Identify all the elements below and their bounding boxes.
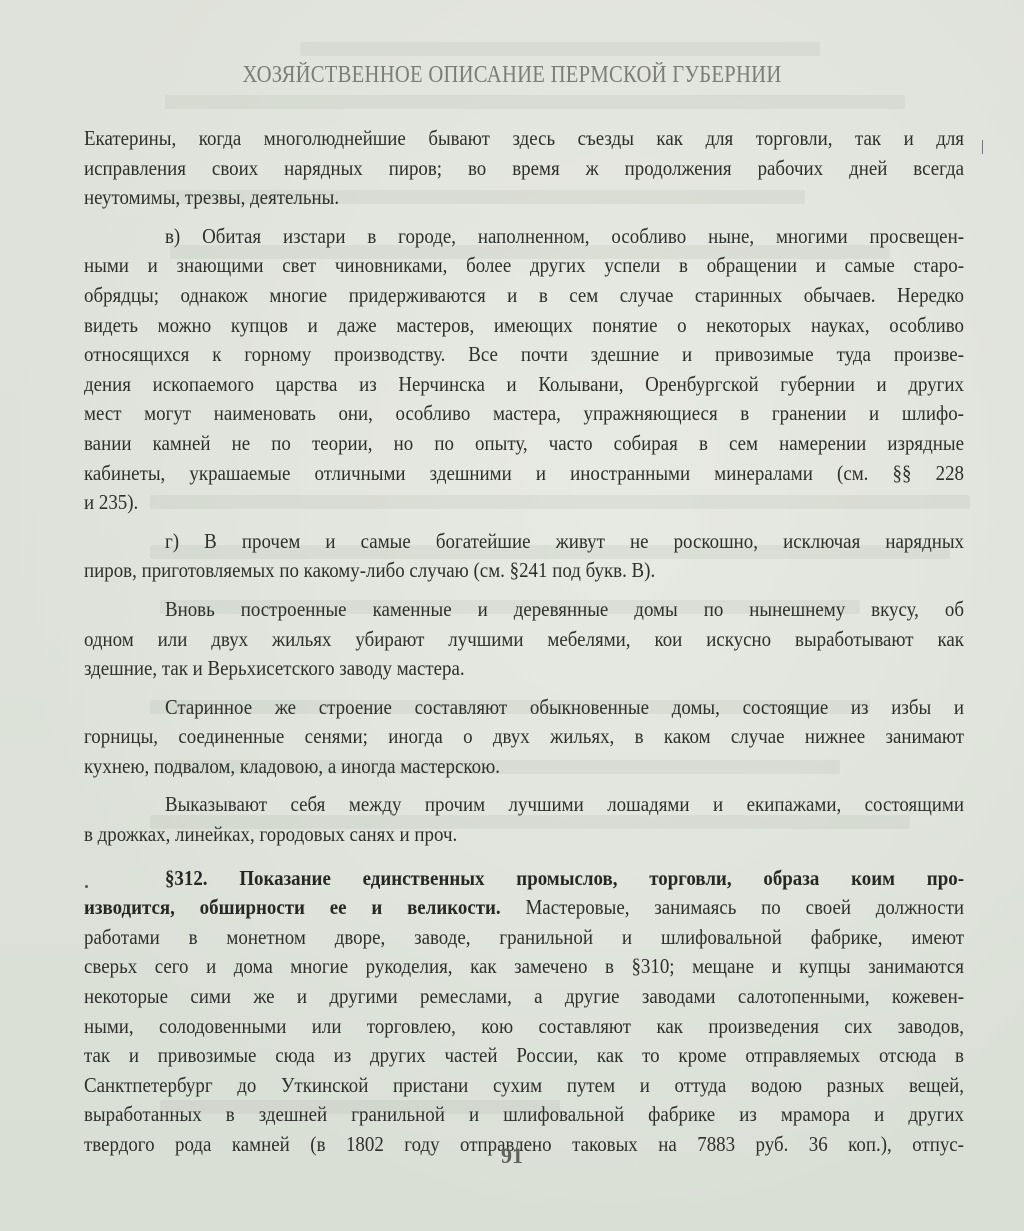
paragraph: Выказывают себя между прочим лучшими лош… <box>84 790 964 849</box>
text-line: Екатерины, когда многолюднейшие бывают з… <box>84 124 964 154</box>
text-line: Выказывают себя между прочим лучшими лош… <box>84 790 964 820</box>
text-line: обрядцы; однакож многие придерживаются и… <box>84 281 964 311</box>
text-line: Вновь построенные каменные и деревянные … <box>84 595 964 625</box>
paragraph: г) В прочем и самые богатейшие живут не … <box>84 527 964 586</box>
text-line: г) В прочем и самые богатейшие живут не … <box>84 527 964 557</box>
text-line: ными, солодовенными или торговлею, кою с… <box>84 1012 964 1042</box>
body-text: Екатерины, когда многолюднейшие бывают з… <box>84 124 964 1160</box>
section-heading: §312. Показание единственных промыслов, … <box>84 864 964 894</box>
book-page: ХОЗЯЙСТВЕННОЕ ОПИСАНИЕ ПЕРМСКОЙ ГУБЕРНИИ… <box>0 0 1024 1231</box>
text-line: горницы, соединенные сенями; иногда о дв… <box>84 722 964 752</box>
text-line: вании камней не по теории, но по опыту, … <box>84 429 964 459</box>
paragraph: Вновь построенные каменные и деревянные … <box>84 595 964 684</box>
text-line: выработанных в здешней гранильной и шлиф… <box>84 1100 964 1130</box>
paragraph: в) Обитая изстари в городе, наполненном,… <box>84 222 964 518</box>
text-line: кухнею, подвалом, кладовою, а иногда мас… <box>84 752 964 782</box>
page-number: 91 <box>0 1143 1024 1169</box>
running-head: ХОЗЯЙСТВЕННОЕ ОПИСАНИЕ ПЕРМСКОЙ ГУБЕРНИИ <box>72 62 953 89</box>
text-line: пиров, приготовляемых по какому-либо слу… <box>84 556 964 586</box>
text-line: работами в монетном дворе, заводе, грани… <box>84 923 964 953</box>
text-line: видеть можно купцов и даже мастеров, име… <box>84 311 964 341</box>
text-line: здешние, так и Верьхисетского заводу мас… <box>84 654 964 684</box>
text-line: Санктпетербург до Уткинской пристани сух… <box>84 1071 964 1101</box>
scan-speck <box>85 885 88 888</box>
text-line: и 235). <box>84 488 964 518</box>
paragraph: Екатерины, когда многолюднейшие бывают з… <box>84 124 964 213</box>
text-run: Мастеровые, занимаясь по своей должности <box>501 895 964 919</box>
text-line: неутомимы, трезвы, деятельны. <box>84 183 964 213</box>
text-line: кабинеты, украшаемые отличными здешними … <box>84 459 964 489</box>
text-line: мест могут наименовать они, особливо мас… <box>84 399 964 429</box>
text-line: сверьх сего и дома многие рукоделия, как… <box>84 952 964 982</box>
text-line: Старинное же строение составляют обыкнов… <box>84 693 964 723</box>
paragraph: Старинное же строение составляют обыкнов… <box>84 693 964 782</box>
scan-mark <box>982 140 983 154</box>
text-line: ными и знающими свет чиновниками, более … <box>84 251 964 281</box>
text-line: в дрожках, линейках, городовых санях и п… <box>84 820 964 850</box>
text-line: одном или двух жильях убирают лучшими ме… <box>84 625 964 655</box>
section-heading-continued: изводится, обширности ее и великости. <box>84 895 501 919</box>
text-line: в) Обитая изстари в городе, наполненном,… <box>84 222 964 252</box>
text-line: так и привозимые сюда из других частей Р… <box>84 1041 964 1071</box>
text-line: изводится, обширности ее и великости. Ма… <box>84 893 964 923</box>
text-line: дения ископаемого царства из Нерчинска и… <box>84 370 964 400</box>
text-line: некоторые сими же и другими ремеслами, а… <box>84 982 964 1012</box>
text-line: относящихся к горному производству. Все … <box>84 340 964 370</box>
text-line: исправления своих нарядных пиров; во вре… <box>84 154 964 184</box>
section-312: §312. Показание единственных промыслов, … <box>84 864 964 1160</box>
